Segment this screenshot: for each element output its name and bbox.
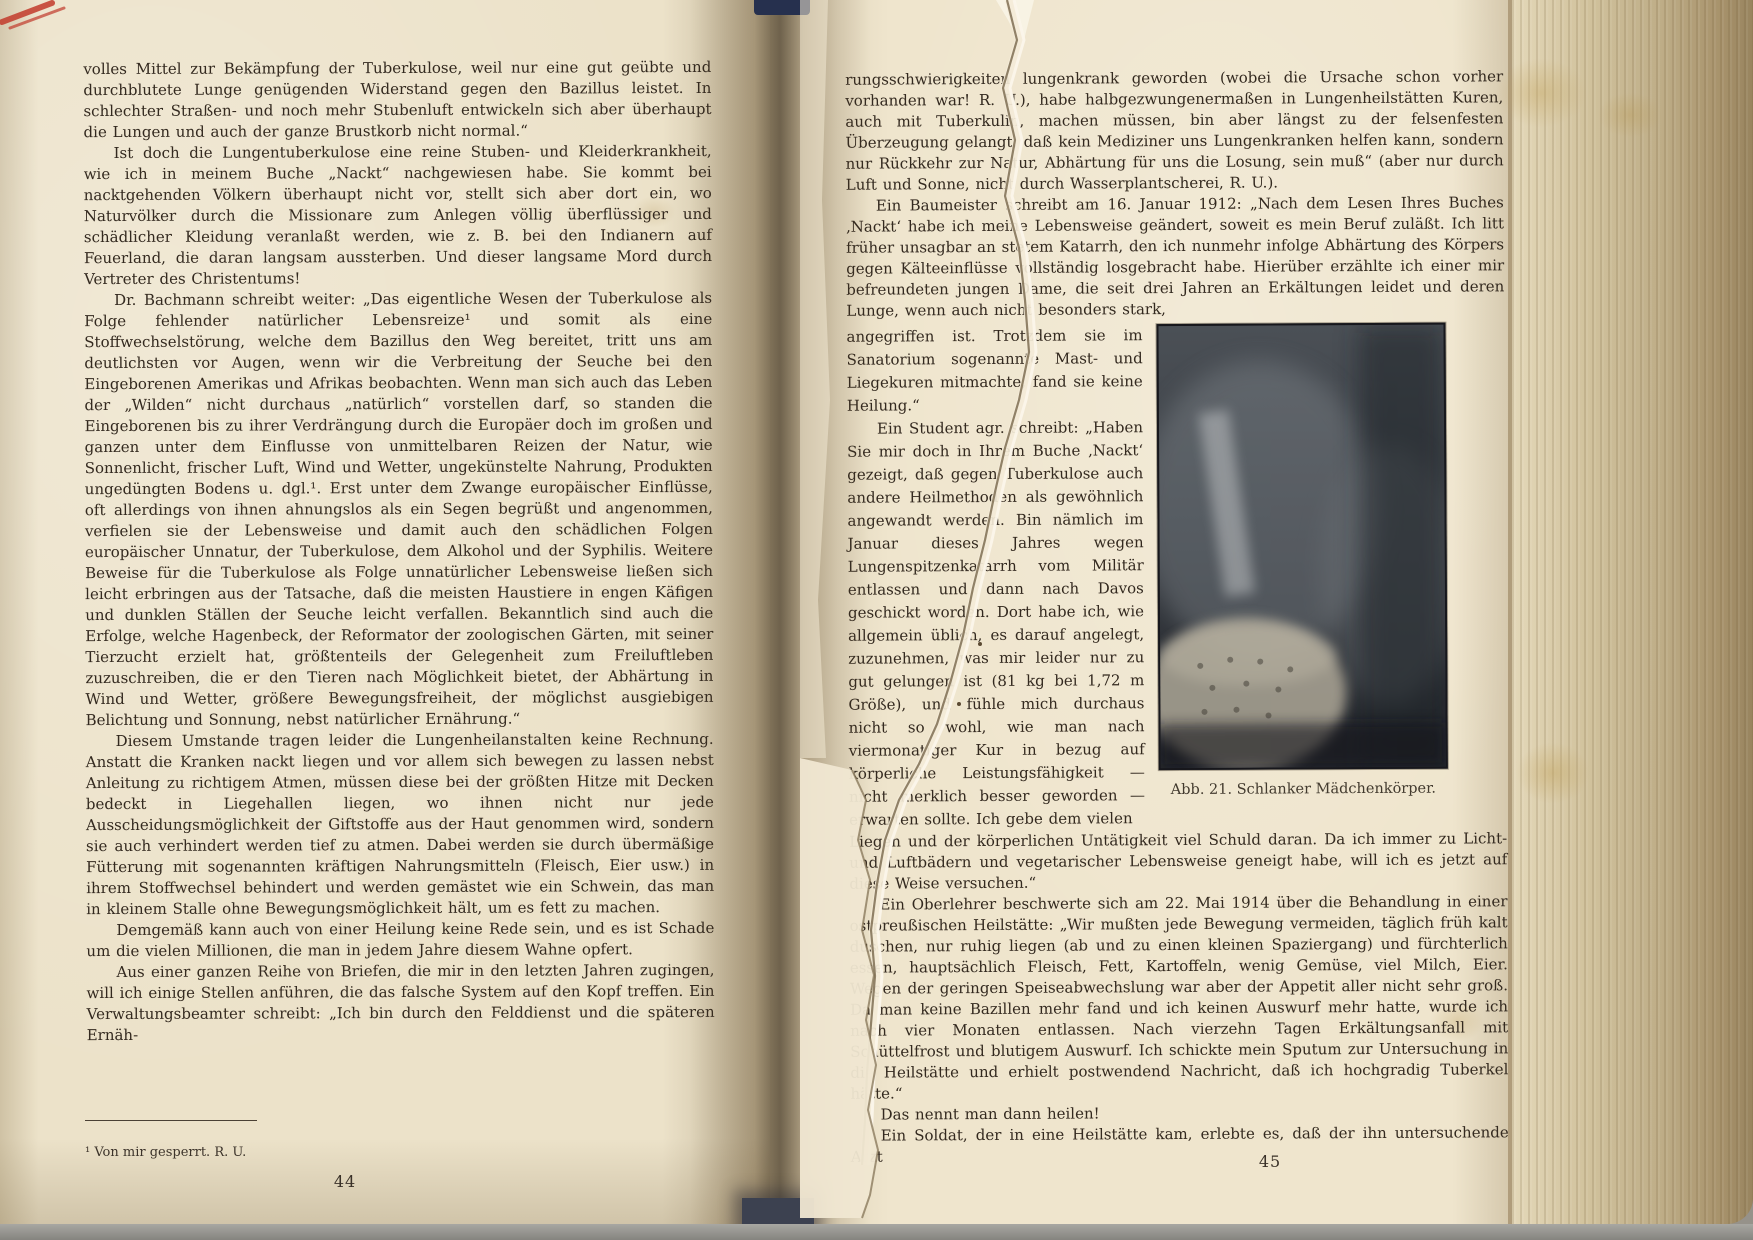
right-page-edge	[1508, 0, 1512, 1224]
figure-photo	[1156, 323, 1447, 771]
paragraph: Dr. Bachmann schreibt weiter: „Das eigen…	[84, 288, 714, 731]
paragraph: Demgemäß kann auch von einer Heilung kei…	[86, 918, 714, 962]
narrow-text-column: angegriffen ist. Trotzdem sie im Sanator…	[846, 324, 1145, 832]
paragraph: Diesem Umstande tragen leider die Lungen…	[86, 729, 715, 920]
paragraph: Aus einer ganzen Reihe von Briefen, die …	[86, 960, 714, 1046]
paragraph: Ist doch die Lungentuberkulose eine rein…	[84, 141, 713, 290]
figure-caption: Abb. 21. Schlanker Mädchenkörper.	[1159, 781, 1448, 799]
paragraph: Ein Baumeister schreibt am 16. Januar 19…	[846, 192, 1505, 321]
paragraph: Ein Soldat, der in eine Heilstätte kam, …	[851, 1122, 1509, 1167]
paragraph: Ein Student agr. schreibt: „Haben Sie mi…	[847, 416, 1145, 832]
book-scan: volles Mittel zur Bekämpfung der Tuberku…	[0, 0, 1753, 1240]
footnote: ¹ Von mir gesperrt. R. U.	[85, 1145, 585, 1160]
left-page-number: 44	[85, 1172, 605, 1191]
paragraph: volles Mittel zur Bekämpfung der Tuberku…	[83, 57, 711, 143]
left-page: volles Mittel zur Bekämpfung der Tuberku…	[0, 0, 770, 1224]
paragraph: rungsschwierigkeiten lungenkrank geworde…	[845, 66, 1504, 195]
footnote-rule	[85, 1120, 257, 1121]
right-page-number: 45	[1240, 1152, 1300, 1171]
text-wrap-section: angegriffen ist. Trotzdem sie im Sanator…	[846, 322, 1507, 831]
scanner-strip	[0, 1224, 1753, 1240]
figure-abb-21: Abb. 21. Schlanker Mädchenkörper.	[1156, 323, 1448, 831]
right-page: rungsschwierigkeiten lungenkrank geworde…	[770, 0, 1512, 1224]
spine-top	[754, 0, 810, 15]
paragraph: Ein Oberlehrer beschwerte sich am 22. Ma…	[849, 891, 1508, 1104]
photo-abstract-graphic	[1158, 325, 1445, 768]
paragraph: angegriffen ist. Trotzdem sie im Sanator…	[846, 324, 1142, 418]
left-page-text: volles Mittel zur Bekämpfung der Tuberku…	[83, 57, 714, 1046]
book-fore-edge	[1512, 0, 1753, 1224]
right-page-text: rungsschwierigkeiten lungenkrank geworde…	[845, 66, 1509, 1167]
paragraph: Liegen und der körperlichen Untätigkeit …	[849, 828, 1507, 894]
